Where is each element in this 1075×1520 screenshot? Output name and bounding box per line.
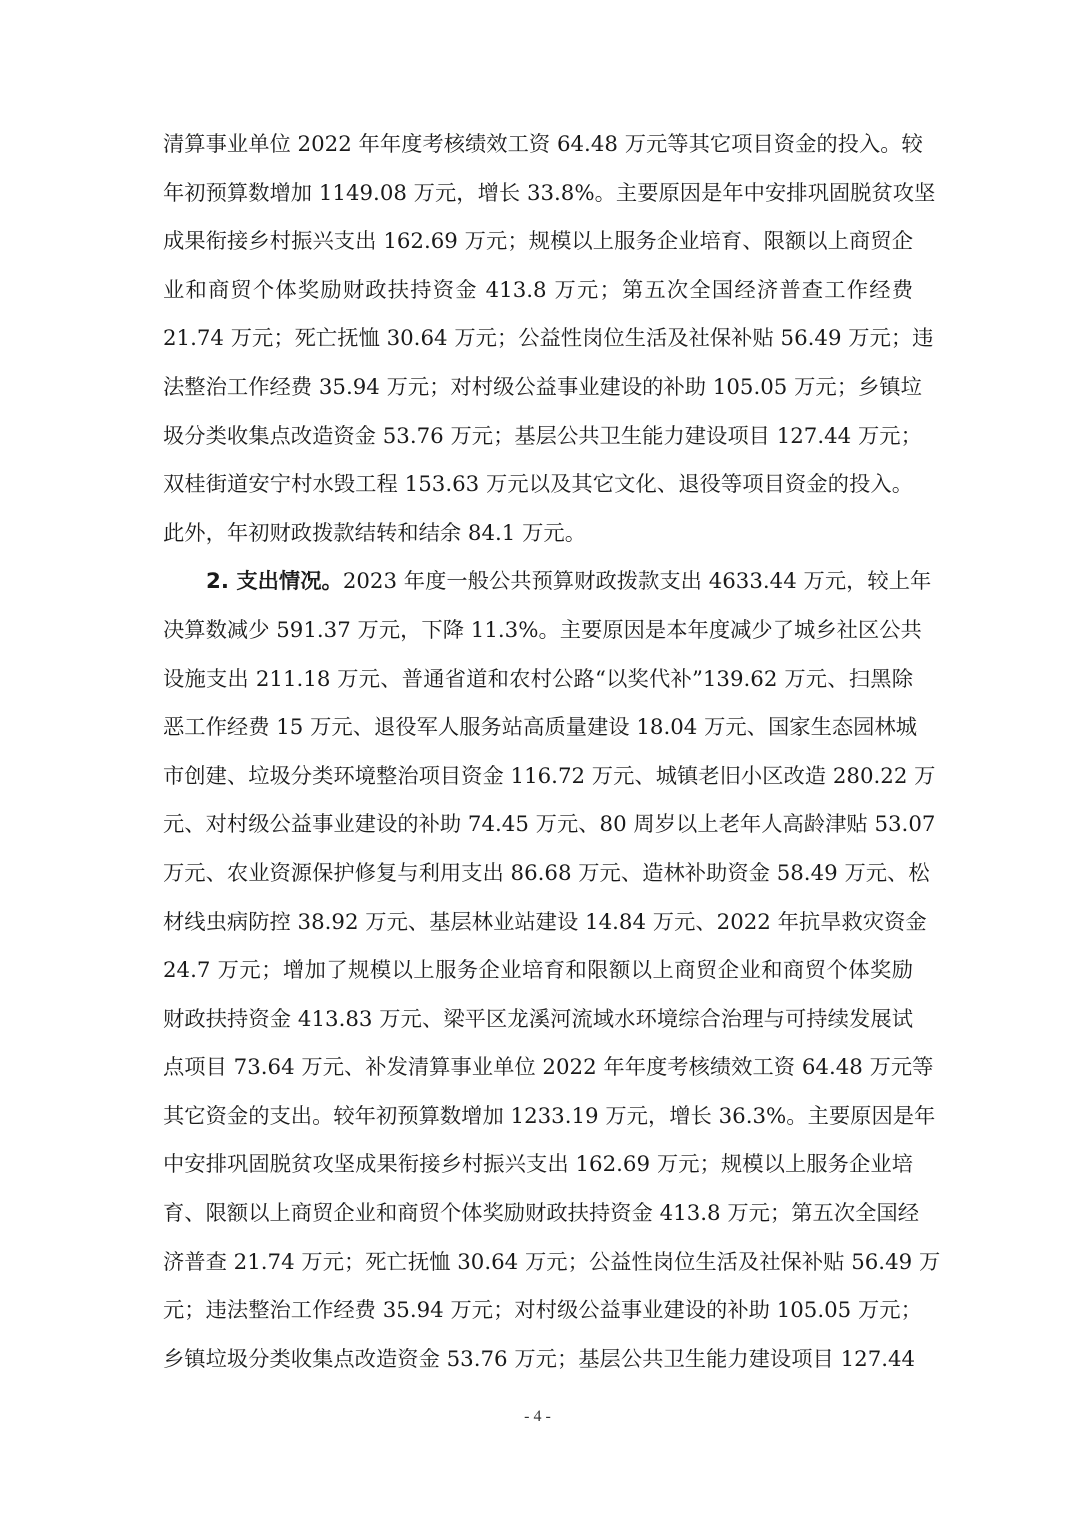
text-line: 元；违法整治工作经费 35.94 万元；对村级公益事业建设的补助 105.05 … bbox=[163, 1290, 913, 1339]
text-line: 市创建、垃圾分类环境整治项目资金 116.72 万元、城镇老旧小区改造 280.… bbox=[163, 756, 913, 805]
text-line: 年初预算数增加 1149.08 万元，增长 33.8%。主要原因是年中安排巩固脱… bbox=[163, 173, 913, 222]
text-line: 乡镇垃圾分类收集点改造资金 53.76 万元；基层公共卫生能力建设项目 127.… bbox=[163, 1339, 913, 1388]
text-line: 育、限额以上商贸企业和商贸个体奖励财政扶持资金 413.8 万元；第五次全国经 bbox=[163, 1193, 913, 1242]
text-line: 材线虫病防控 38.92 万元、基层林业站建设 14.84 万元、2022 年抗… bbox=[163, 902, 913, 951]
text-line: 业和商贸个体奖励财政扶持资金 413.8 万元；第五次全国经济普查工作经费 bbox=[163, 270, 913, 319]
text-line: 其它资金的支出。较年初预算数增加 1233.19 万元，增长 36.3%。主要原… bbox=[163, 1096, 913, 1145]
section-heading: 2. 支出情况。 bbox=[206, 569, 343, 594]
text-line: 万元、农业资源保护修复与利用支出 86.68 万元、造林补助资金 58.49 万… bbox=[163, 853, 913, 902]
text-line: 清算事业单位 2022 年年度考核绩效工资 64.48 万元等其它项目资金的投入… bbox=[163, 124, 913, 173]
text-line: 24.7 万元；增加了规模以上服务企业培育和限额以上商贸企业和商贸个体奖励 bbox=[163, 950, 913, 999]
text-line: 元、对村级公益事业建设的补助 74.45 万元、80 周岁以上老年人高龄津贴 5… bbox=[163, 804, 913, 853]
text-line: 点项目 73.64 万元、补发清算事业单位 2022 年年度考核绩效工资 64.… bbox=[163, 1047, 913, 1096]
paragraph-first-line: 2. 支出情况。2023 年度一般公共预算财政拨款支出 4633.44 万元，较… bbox=[163, 561, 913, 610]
text-line: 济普查 21.74 万元；死亡抚恤 30.64 万元；公益性岗位生活及社保补贴 … bbox=[163, 1242, 913, 1291]
text-line: 决算数减少 591.37 万元，下降 11.3%。主要原因是本年度减少了城乡社区… bbox=[163, 610, 913, 659]
paragraph-expenditure: 2. 支出情况。2023 年度一般公共预算财政拨款支出 4633.44 万元，较… bbox=[163, 561, 913, 1387]
text-span: 2023 年度一般公共预算财政拨款支出 4633.44 万元，较上年 bbox=[343, 569, 932, 594]
text-line: 设施支出 211.18 万元、普通省道和农村公路“以奖代补”139.62 万元、… bbox=[163, 659, 913, 708]
text-line: 法整治工作经费 35.94 万元；对村级公益事业建设的补助 105.05 万元；… bbox=[163, 367, 913, 416]
text-line: 此外，年初财政拨款结转和结余 84.1 万元。 bbox=[163, 513, 913, 562]
text-line: 财政扶持资金 413.83 万元、梁平区龙溪河流域水环境综合治理与可持续发展试 bbox=[163, 999, 913, 1048]
text-line: 成果衔接乡村振兴支出 162.69 万元；规模以上服务企业培育、限额以上商贸企 bbox=[163, 221, 913, 270]
text-line: 21.74 万元；死亡抚恤 30.64 万元；公益性岗位生活及社保补贴 56.4… bbox=[163, 318, 913, 367]
text-line: 圾分类收集点改造资金 53.76 万元；基层公共卫生能力建设项目 127.44 … bbox=[163, 416, 913, 465]
text-line: 恶工作经费 15 万元、退役军人服务站高质量建设 18.04 万元、国家生态园林… bbox=[163, 707, 913, 756]
paragraph-income-continuation: 清算事业单位 2022 年年度考核绩效工资 64.48 万元等其它项目资金的投入… bbox=[163, 124, 913, 561]
text-line: 双桂街道安宁村水毁工程 153.63 万元以及其它文化、退役等项目资金的投入。 bbox=[163, 464, 913, 513]
page-number: - 4 - bbox=[0, 1408, 1075, 1426]
text-line: 中安排巩固脱贫攻坚成果衔接乡村振兴支出 162.69 万元；规模以上服务企业培 bbox=[163, 1144, 913, 1193]
document-page: 清算事业单位 2022 年年度考核绩效工资 64.48 万元等其它项目资金的投入… bbox=[163, 124, 913, 1387]
